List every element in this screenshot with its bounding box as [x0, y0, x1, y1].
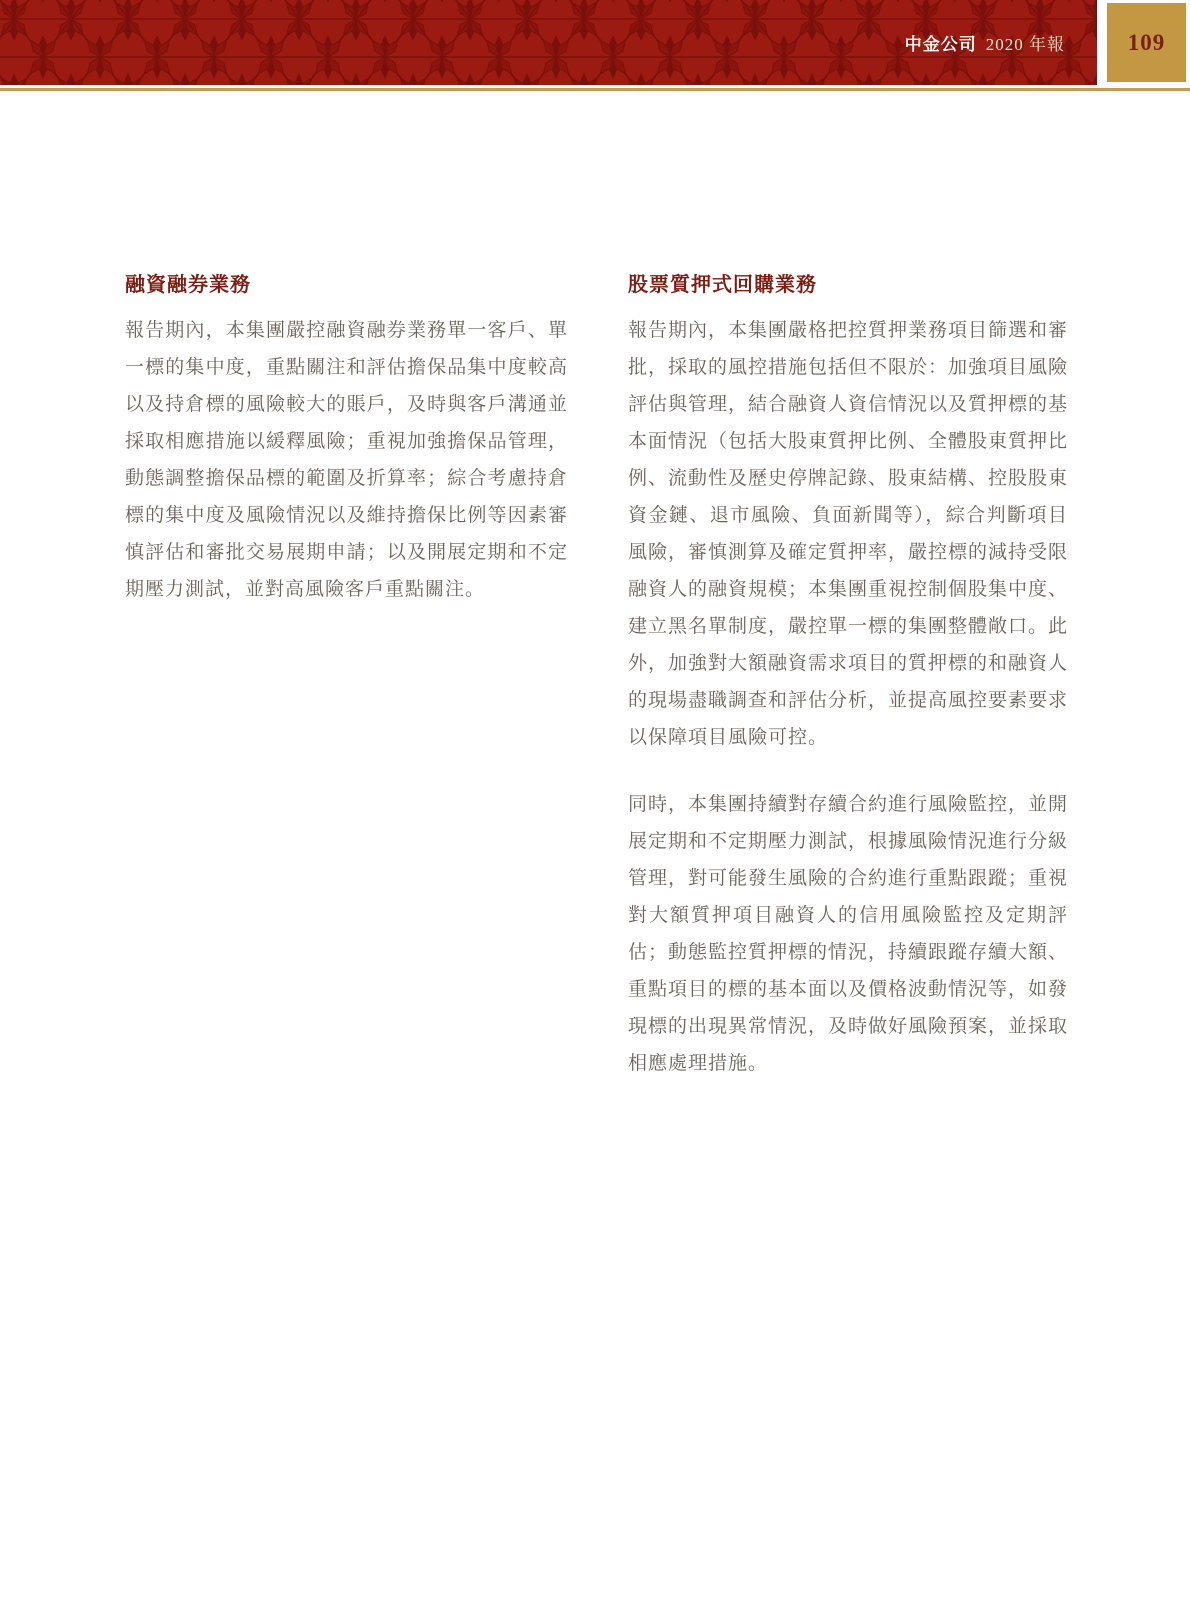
page-number-box: 109: [1107, 3, 1186, 82]
column-stock-pledge-repo: 股票質押式回購業務 報告期內，本集團嚴格把控質押業務項目篩選和審批，採取的風控措…: [628, 270, 1068, 1082]
section-heading-stock-pledge-repo: 股票質押式回購業務: [628, 270, 1068, 300]
report-title: 2020 年報: [986, 30, 1065, 55]
page-number: 109: [1128, 30, 1166, 56]
paragraph-stock-pledge-1: 報告期內，本集團嚴格把控質押業務項目篩選和審批，採取的風控措施包括但不限於：加強…: [628, 312, 1068, 756]
report-page: 中金公司 2020 年報 109 融資融券業務 報告期內，本集團嚴控融資融券業務…: [0, 0, 1190, 1615]
company-name: 中金公司: [905, 30, 977, 55]
header-gold-rule: [0, 88, 1190, 91]
paragraph-margin-financing-1: 報告期內，本集團嚴控融資融券業務單一客戶、單一標的集中度，重點關注和評估擔保品集…: [125, 312, 568, 608]
paragraph-stock-pledge-2: 同時，本集團持續對存續合約進行風險監控，並開展定期和不定期壓力測試，根據風險情況…: [628, 786, 1068, 1082]
section-heading-margin-financing: 融資融券業務: [125, 270, 568, 300]
header-brand: 中金公司 2020 年報: [0, 0, 1065, 85]
column-margin-financing: 融資融券業務 報告期內，本集團嚴控融資融券業務單一客戶、單一標的集中度，重點關注…: [125, 270, 568, 608]
